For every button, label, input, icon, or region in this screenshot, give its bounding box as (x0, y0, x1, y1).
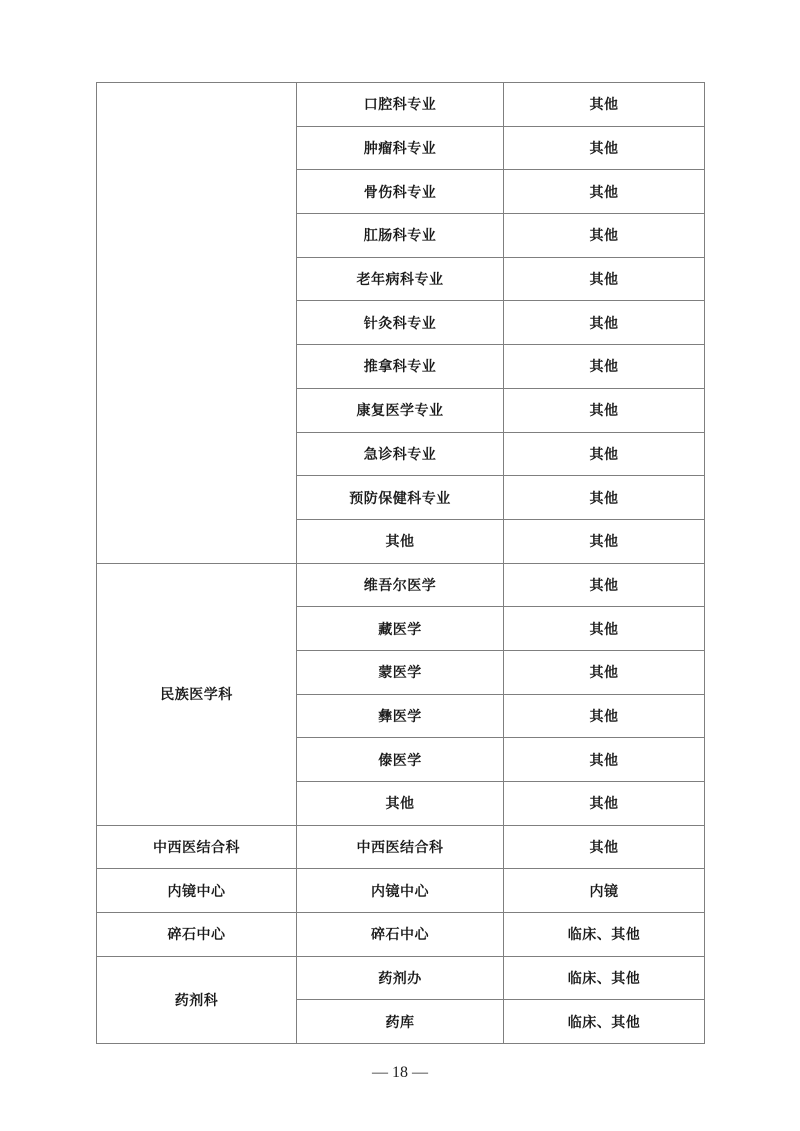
page-number: — 18 — (0, 1064, 800, 1082)
type-cell: 其他 (504, 83, 705, 127)
type-cell: 其他 (504, 126, 705, 170)
type-cell: 其他 (504, 650, 705, 694)
category-cell (97, 83, 297, 564)
category-cell: 中西医结合科 (97, 825, 297, 869)
type-cell: 临床、其他 (504, 913, 705, 957)
type-cell: 其他 (504, 257, 705, 301)
type-cell: 内镜 (504, 869, 705, 913)
specialty-cell: 预防保健科专业 (297, 476, 504, 520)
table-row: 碎石中心碎石中心临床、其他 (97, 913, 705, 957)
type-cell: 其他 (504, 388, 705, 432)
type-cell: 其他 (504, 607, 705, 651)
specialty-cell: 维吾尔医学 (297, 563, 504, 607)
specialty-cell: 康复医学专业 (297, 388, 504, 432)
table-row: 口腔科专业其他 (97, 83, 705, 127)
specialty-cell: 肿瘤科专业 (297, 126, 504, 170)
specialty-cell: 口腔科专业 (297, 83, 504, 127)
specialty-cell: 中西医结合科 (297, 825, 504, 869)
type-cell: 其他 (504, 214, 705, 258)
specialty-cell: 蒙医学 (297, 650, 504, 694)
type-cell: 其他 (504, 170, 705, 214)
type-cell: 其他 (504, 301, 705, 345)
table-row: 内镜中心内镜中心内镜 (97, 869, 705, 913)
category-cell: 内镜中心 (97, 869, 297, 913)
specialty-cell: 急诊科专业 (297, 432, 504, 476)
type-cell: 其他 (504, 738, 705, 782)
specialty-cell: 其他 (297, 519, 504, 563)
category-cell: 民族医学科 (97, 563, 297, 825)
specialty-cell: 针灸科专业 (297, 301, 504, 345)
specialty-cell: 药剂办 (297, 956, 504, 1000)
type-cell: 其他 (504, 432, 705, 476)
document-page: 口腔科专业其他肿瘤科专业其他骨伤科专业其他肛肠科专业其他老年病科专业其他针灸科专… (0, 0, 800, 1131)
type-cell: 其他 (504, 476, 705, 520)
table-body: 口腔科专业其他肿瘤科专业其他骨伤科专业其他肛肠科专业其他老年病科专业其他针灸科专… (97, 83, 705, 1044)
type-cell: 其他 (504, 563, 705, 607)
table-row: 民族医学科维吾尔医学其他 (97, 563, 705, 607)
category-cell: 碎石中心 (97, 913, 297, 957)
specialty-cell: 内镜中心 (297, 869, 504, 913)
type-cell: 临床、其他 (504, 956, 705, 1000)
table-row: 中西医结合科中西医结合科其他 (97, 825, 705, 869)
category-cell: 药剂科 (97, 956, 297, 1043)
table-row: 药剂科药剂办临床、其他 (97, 956, 705, 1000)
specialty-cell: 其他 (297, 782, 504, 826)
specialty-cell: 傣医学 (297, 738, 504, 782)
type-cell: 其他 (504, 519, 705, 563)
specialty-cell: 彝医学 (297, 694, 504, 738)
specialty-cell: 肛肠科专业 (297, 214, 504, 258)
department-table: 口腔科专业其他肿瘤科专业其他骨伤科专业其他肛肠科专业其他老年病科专业其他针灸科专… (96, 82, 705, 1044)
specialty-cell: 骨伤科专业 (297, 170, 504, 214)
type-cell: 其他 (504, 345, 705, 389)
specialty-cell: 藏医学 (297, 607, 504, 651)
specialty-cell: 药库 (297, 1000, 504, 1044)
type-cell: 其他 (504, 825, 705, 869)
type-cell: 临床、其他 (504, 1000, 705, 1044)
type-cell: 其他 (504, 782, 705, 826)
specialty-cell: 老年病科专业 (297, 257, 504, 301)
specialty-cell: 碎石中心 (297, 913, 504, 957)
type-cell: 其他 (504, 694, 705, 738)
specialty-cell: 推拿科专业 (297, 345, 504, 389)
